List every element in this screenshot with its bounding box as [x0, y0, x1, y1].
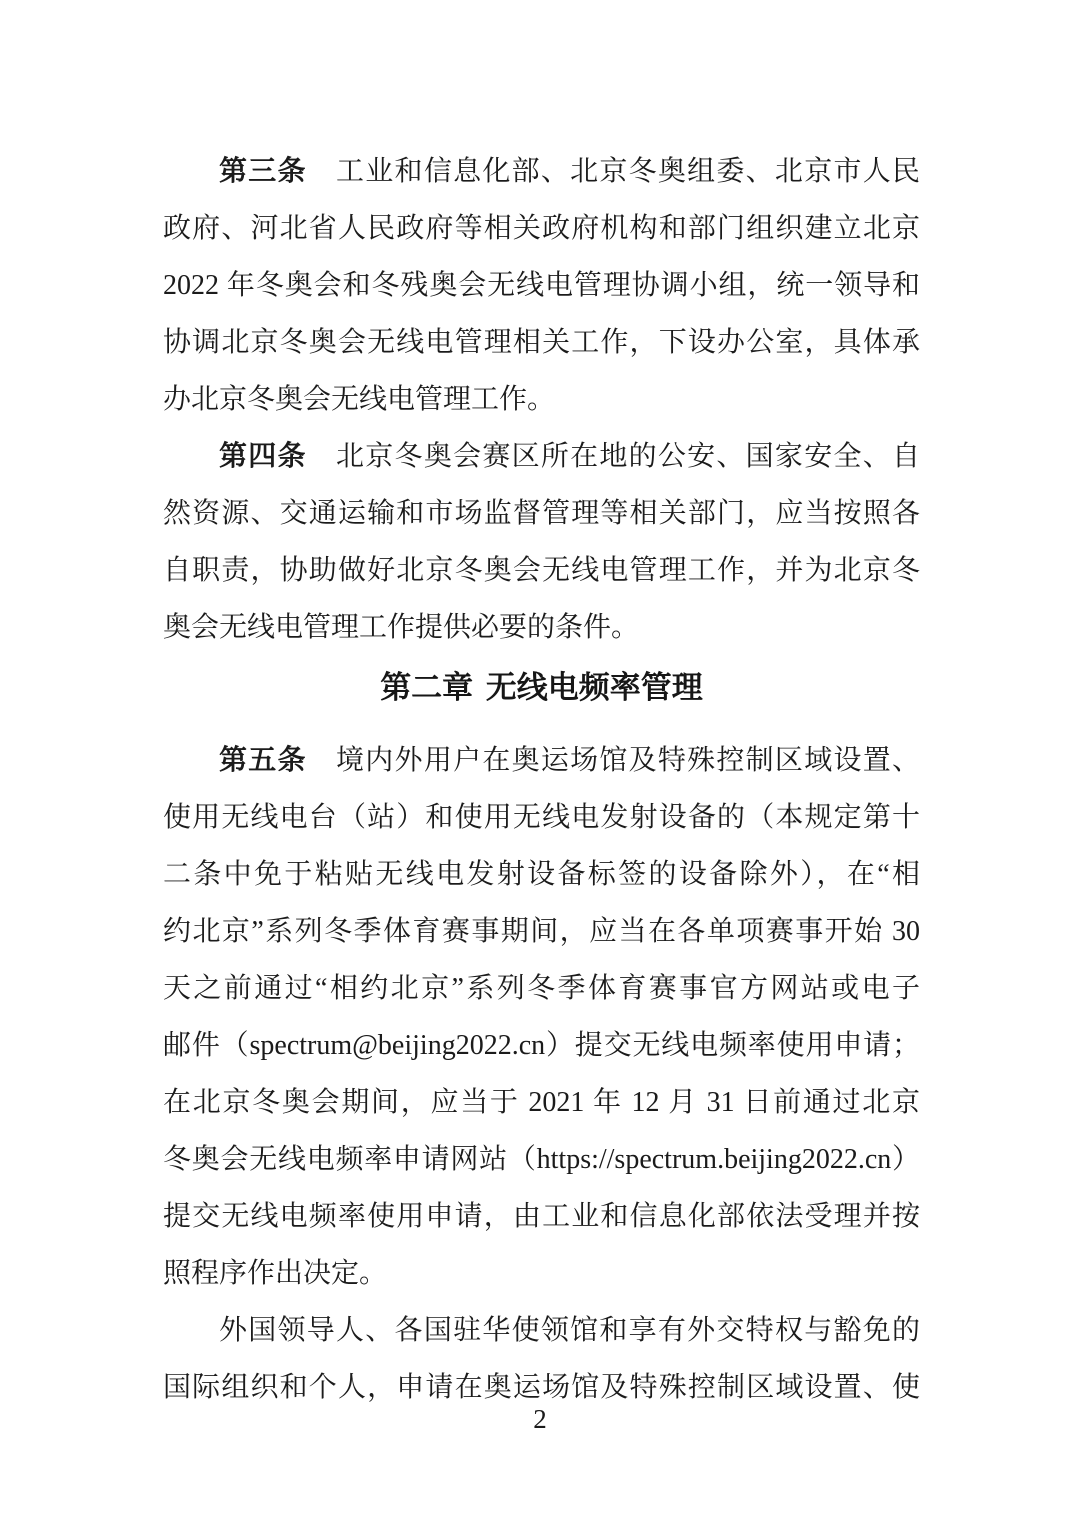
text-line: 邮件（spectrum@beijing2022.cn）提交无线电频率使用申请；	[163, 1017, 920, 1074]
text-segment: 外国领导人、各国驻华使领馆和享有外交特权与豁免的	[219, 1315, 920, 1346]
text-segment: 提交无线电频率使用申请，由工业和信息化部依法受理并按	[163, 1201, 920, 1232]
article-4-paragraph: 第四条 北京冬奥会赛区所在地的公安、国家安全、自然资源、交通运输和市场监督管理等…	[163, 428, 920, 656]
chapter-2-heading: 第二章 无线电频率管理	[163, 659, 920, 716]
text-line: 冬奥会无线电频率申请网站（https://spectrum.beijing202…	[163, 1131, 920, 1188]
text-line: 第五条 境内外用户在奥运场馆及特殊控制区域设置、	[163, 732, 920, 789]
text-segment: 照程序作出决定。	[163, 1258, 387, 1289]
text-line: 使用无线电台（站）和使用无线电发射设备的（本规定第十	[163, 789, 920, 846]
text-segment: 自职责，协助做好北京冬奥会无线电管理工作，并为北京冬	[163, 555, 920, 586]
text-segment: 二条中免于粘贴无线电发射设备标签的设备除外），在“相	[163, 859, 920, 890]
text-segment: 政府、河北省人民政府等相关政府机构和部门组织建立北京	[163, 213, 920, 244]
text-line: 提交无线电频率使用申请，由工业和信息化部依法受理并按	[163, 1188, 920, 1245]
article-5-paragraph: 第五条 境内外用户在奥运场馆及特殊控制区域设置、使用无线电台（站）和使用无线电发…	[163, 732, 920, 1302]
article-3-paragraph: 第三条 工业和信息化部、北京冬奥组委、北京市人民政府、河北省人民政府等相关政府机…	[163, 143, 920, 428]
text-segment: 境内外用户在奥运场馆及特殊控制区域设置、	[307, 745, 920, 776]
text-line: 二条中免于粘贴无线电发射设备标签的设备除外），在“相	[163, 846, 920, 903]
article-number-label: 第三条	[219, 156, 307, 187]
text-segment: 然资源、交通运输和市场监督管理等相关部门，应当按照各	[163, 498, 920, 529]
text-line: 自职责，协助做好北京冬奥会无线电管理工作，并为北京冬	[163, 542, 920, 599]
text-line: 第四条 北京冬奥会赛区所在地的公安、国家安全、自	[163, 428, 920, 485]
text-line: 照程序作出决定。	[163, 1245, 920, 1302]
text-segment: 冬奥会无线电频率申请网站（https://spectrum.beijing202…	[163, 1144, 920, 1175]
text-line: 2022 年冬奥会和冬残奥会无线电管理协调小组，统一领导和	[163, 257, 920, 314]
text-line: 奥会无线电管理工作提供必要的条件。	[163, 599, 920, 656]
article-number-label: 第五条	[219, 745, 307, 776]
text-segment: 办北京冬奥会无线电管理工作。	[163, 384, 555, 415]
text-segment: 工业和信息化部、北京冬奥组委、北京市人民	[307, 156, 920, 187]
document-page: 第三条 工业和信息化部、北京冬奥组委、北京市人民政府、河北省人民政府等相关政府机…	[0, 0, 1080, 1527]
text-line: 外国领导人、各国驻华使领馆和享有外交特权与豁免的	[163, 1302, 920, 1359]
text-line: 约北京”系列冬季体育赛事期间，应当在各单项赛事开始 30	[163, 903, 920, 960]
text-line: 第三条 工业和信息化部、北京冬奥组委、北京市人民	[163, 143, 920, 200]
text-segment: 约北京”系列冬季体育赛事期间，应当在各单项赛事开始 30	[163, 916, 920, 947]
text-segment: 天之前通过“相约北京”系列冬季体育赛事官方网站或电子	[163, 973, 920, 1004]
text-segment: 在北京冬奥会期间，应当于 2021 年 12 月 31 日前通过北京	[163, 1087, 920, 1118]
page-number: 2	[0, 1399, 1080, 1439]
text-segment: 奥会无线电管理工作提供必要的条件。	[163, 612, 639, 643]
text-segment: 使用无线电台（站）和使用无线电发射设备的（本规定第十	[163, 802, 920, 833]
text-line: 天之前通过“相约北京”系列冬季体育赛事官方网站或电子	[163, 960, 920, 1017]
text-line: 协调北京冬奥会无线电管理相关工作，下设办公室，具体承	[163, 314, 920, 371]
text-segment: 邮件（spectrum@beijing2022.cn）提交无线电频率使用申请；	[163, 1030, 920, 1061]
text-segment: 北京冬奥会赛区所在地的公安、国家安全、自	[307, 441, 920, 472]
document-content: 第三条 工业和信息化部、北京冬奥组委、北京市人民政府、河北省人民政府等相关政府机…	[0, 0, 1080, 1416]
article-number-label: 第四条	[219, 441, 307, 472]
text-line: 办北京冬奥会无线电管理工作。	[163, 371, 920, 428]
text-segment: 协调北京冬奥会无线电管理相关工作，下设办公室，具体承	[163, 327, 920, 358]
text-line: 政府、河北省人民政府等相关政府机构和部门组织建立北京	[163, 200, 920, 257]
text-segment: 2022 年冬奥会和冬残奥会无线电管理协调小组，统一领导和	[163, 270, 920, 301]
text-line: 在北京冬奥会期间，应当于 2021 年 12 月 31 日前通过北京	[163, 1074, 920, 1131]
text-line: 然资源、交通运输和市场监督管理等相关部门，应当按照各	[163, 485, 920, 542]
